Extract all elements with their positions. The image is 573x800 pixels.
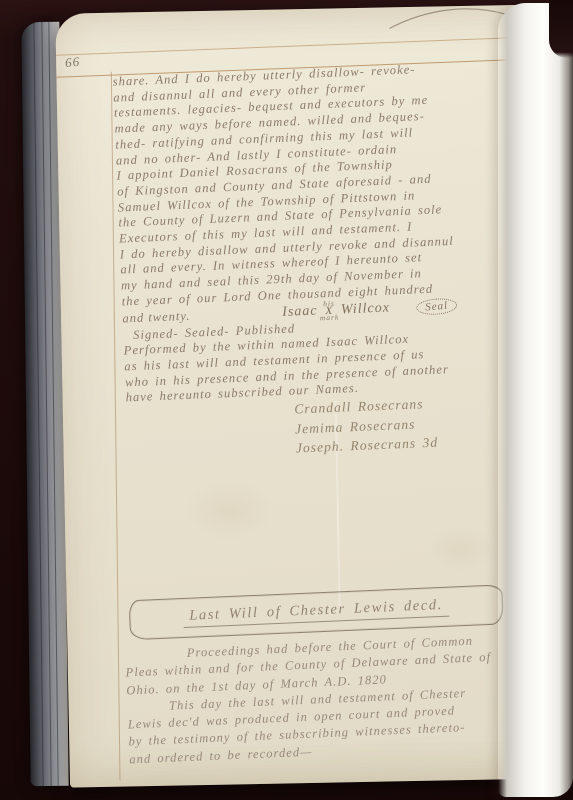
entry-title-box: Last Will of Chester Lewis decd. — [129, 584, 504, 640]
paper-stain — [425, 525, 496, 572]
paper-stain — [184, 480, 275, 542]
top-right-corner-shade — [549, 0, 573, 58]
page-number: 66 — [64, 54, 80, 71]
seal-stamp: Seal — [415, 297, 457, 316]
his-mark-stack: his X mark — [319, 300, 339, 321]
mark-label: mark — [320, 314, 340, 321]
scanned-book-photo: 66 share. And I do hereby utterly disall… — [0, 0, 573, 800]
book-page: 66 share. And I do hereby utterly disall… — [55, 4, 573, 788]
entry-title: Last Will of Chester Lewis decd. — [183, 597, 450, 628]
will-text-block: share. And I do hereby utterly disallow-… — [112, 57, 558, 465]
signature-prefix: and twenty. — [122, 309, 191, 327]
testator-first-name: Isaac — [282, 303, 318, 320]
page-top-flourish-ink — [383, 3, 513, 31]
page-edge-highlight — [498, 3, 573, 797]
testator-last-name: Willcox — [341, 300, 391, 318]
header-rule-top — [56, 35, 573, 56]
